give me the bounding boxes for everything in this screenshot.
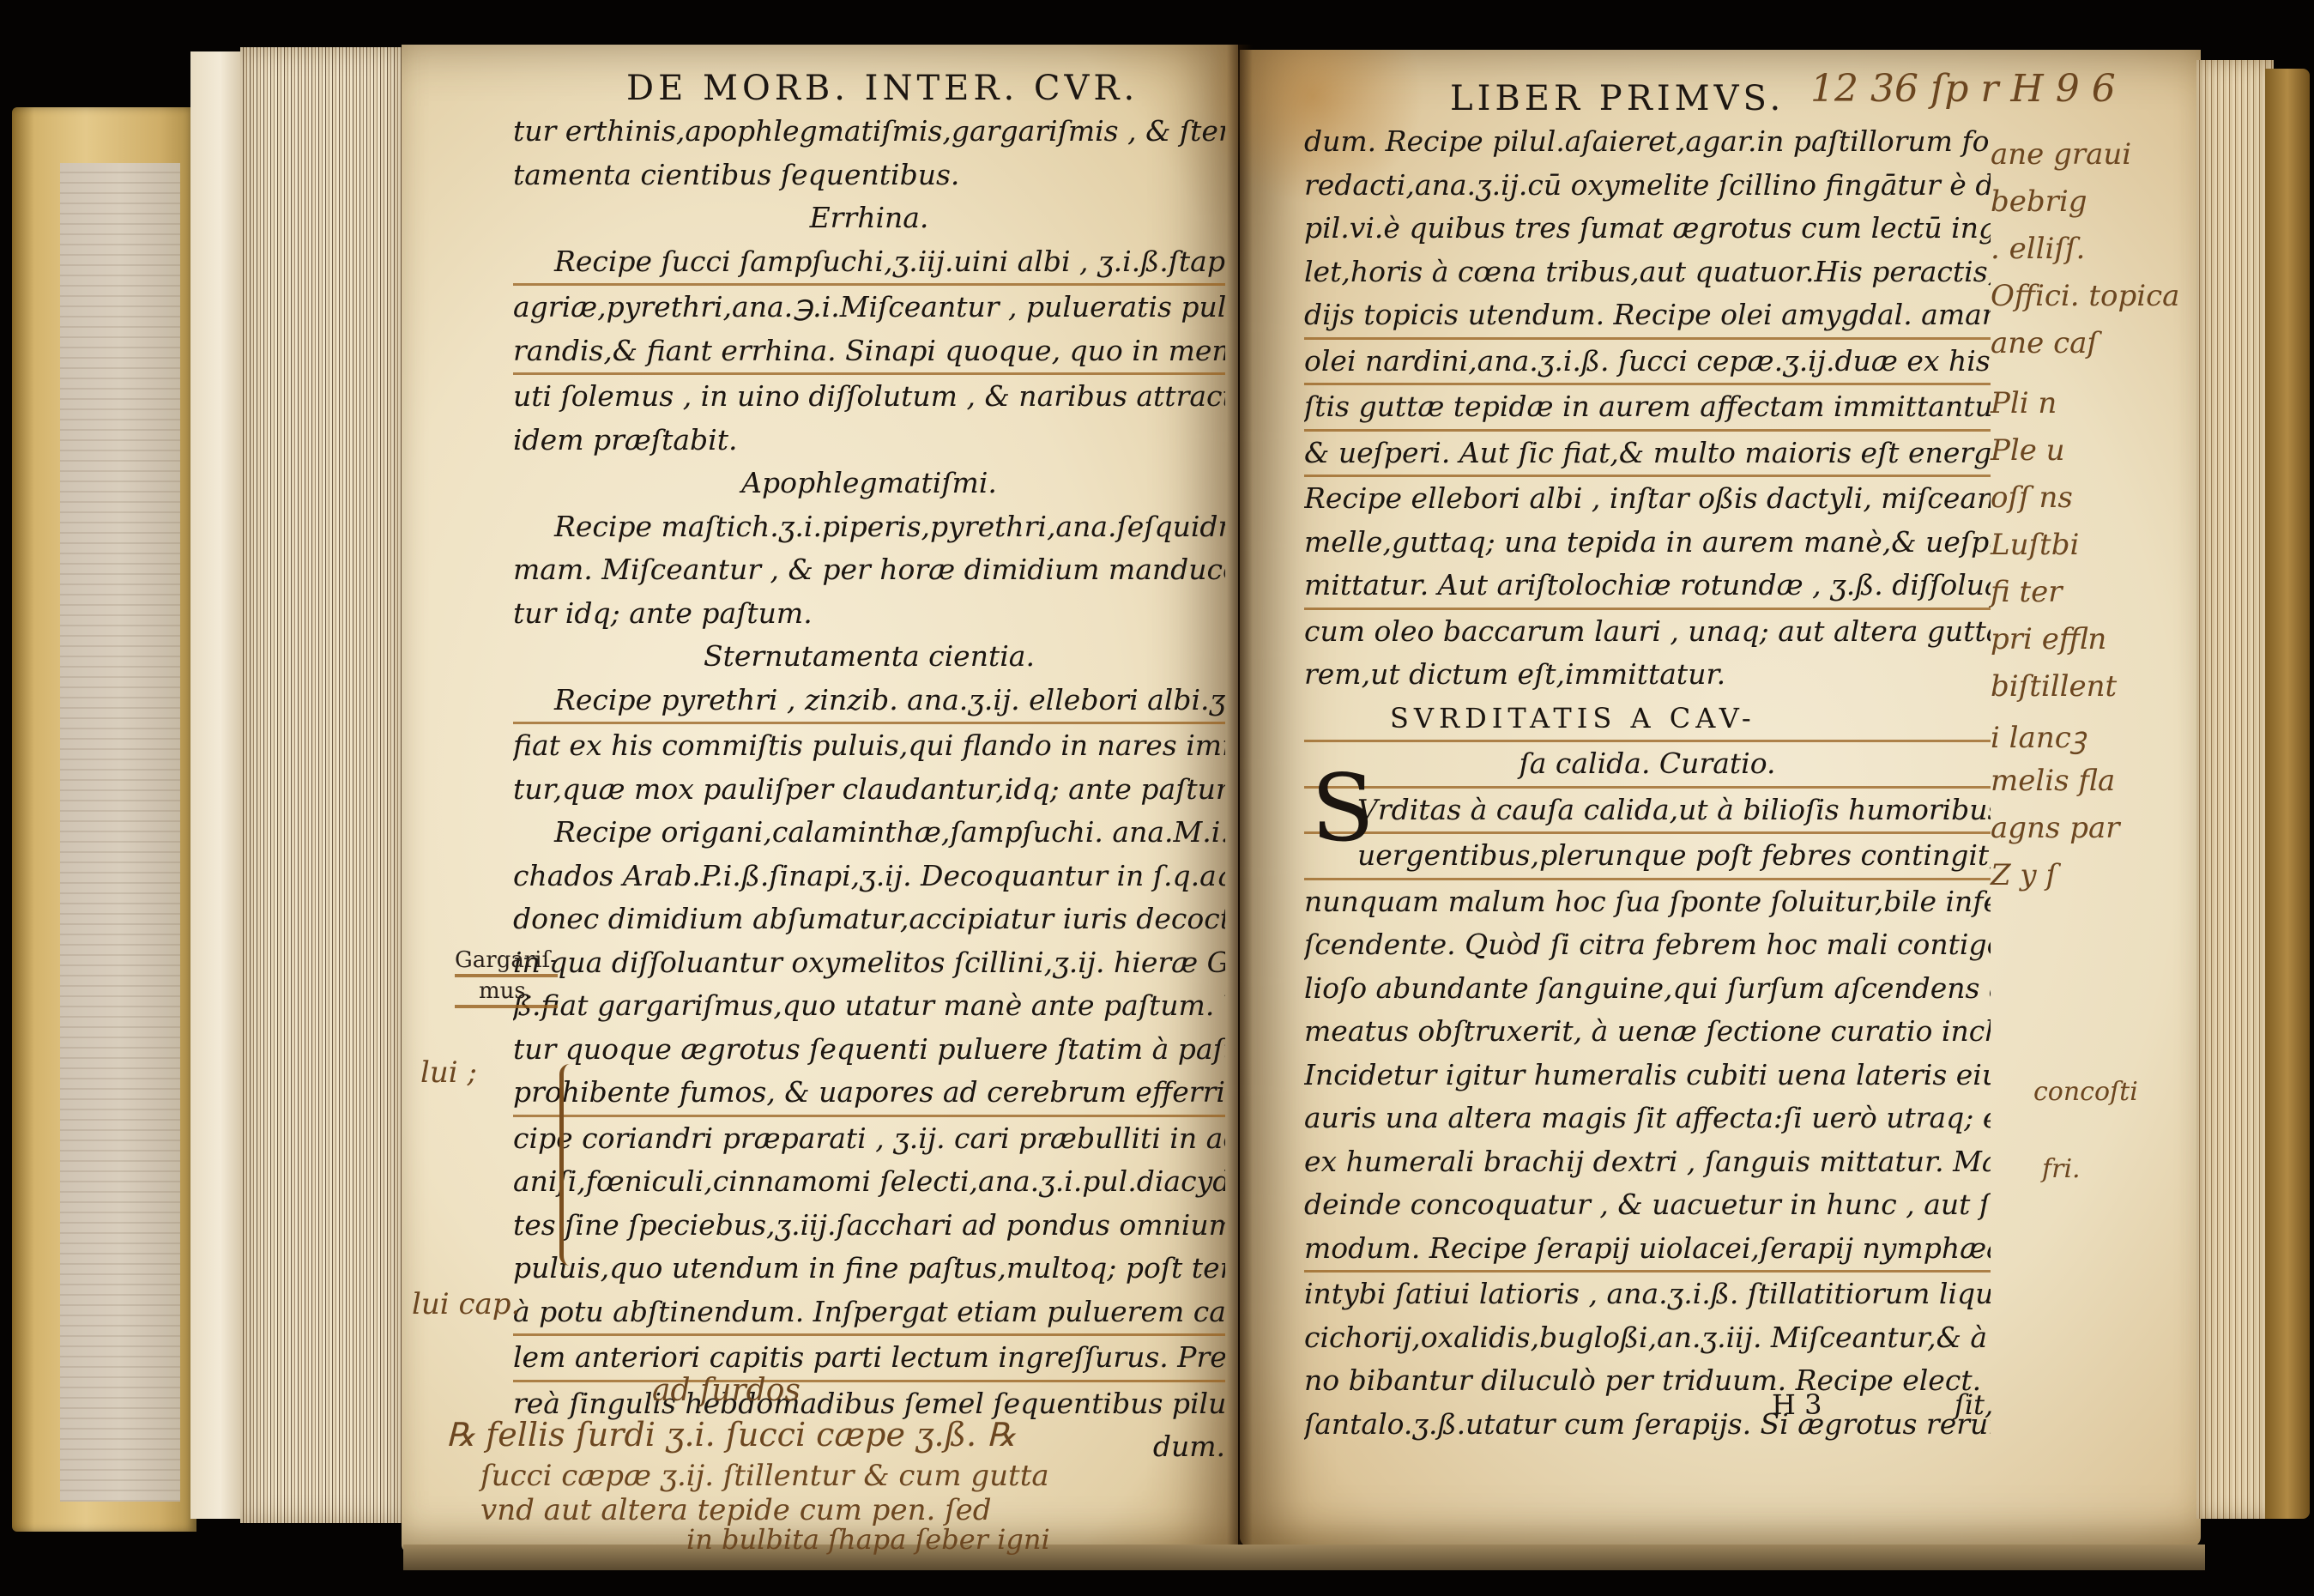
text-line: SVRDITATIS A CAV- [1304,697,1991,743]
text-line: & ueſperi. Aut ſic fiat,& multo maioris … [1304,432,1991,478]
text-line: randis,& fiant errhina. Sinapi quoque, q… [513,329,1225,376]
text-line: meatus obſtruxerit, à uenæ ſectione cura… [1304,1010,1991,1054]
bottom-cover-edge [403,1545,2205,1570]
text-line: auris una altera magis ſit affecta:ſi ue… [1304,1097,1991,1140]
handwritten-margin-line: . elliſſ. [1991,232,2196,279]
handwritten-bottom-line-3: vnd aut altera tepide cum pen. ſed [480,1493,992,1527]
text-line: agriæ,pyrethri,ana.℈.i.Miſceantur , pulu… [513,286,1225,329]
handwritten-margin-line: Offici. topica [1991,279,2196,326]
handwritten-ad-surdos: ad ſurdos [652,1373,801,1408]
text-line: dijs topicis utendum. Recipe olei amygda… [1304,293,1991,340]
text-line: nunquam malum hoc ſua ſponte ſoluitur,bi… [1304,880,1991,924]
catchword: ſit, [1955,1388,1993,1421]
book-gutter [1227,45,1253,1555]
handwritten-margin-line: Pli n [1991,386,2196,433]
text-line: lioſo abundante ſanguine,qui ſurſum aſce… [1304,967,1991,1011]
text-line: deinde concoquatur , & uacuetur in hunc … [1304,1183,1991,1227]
text-line: intybi ſatiui latioris , ana.ʒ.i.ß. ſtil… [1304,1273,1991,1316]
handwritten-margin-line: biſtillent [1991,669,2196,716]
left-flyleaf [190,51,240,1519]
handwritten-bottom-line-2: ſucci cæpæ ʒ.ij. ſtillentur & cum gutta [480,1459,1049,1493]
text-line: tur,quæ mox pauliſper claudantur,idq; an… [513,768,1225,812]
handwritten-margin-line: i lancꝫ [1991,716,2196,764]
text-line: Recipe ellebori albi , inſtar oßis dacty… [1304,477,1991,521]
handwritten-bottom-line-1: ℞ fellis ſurdi ʒ.i. ſucci cæpe ʒ.ß. ℞ [446,1416,1016,1454]
text-line: let,horis à cœna tribus,aut quatuor.His … [1304,251,1991,294]
text-line: pil.vi.è quibus tres ſumat ægrotus cum l… [1304,207,1991,251]
text-line: in qua diſſoluantur oxymelitos ſcillini,… [513,941,1225,985]
right-page-text: dum. Recipe pilul.aſaieret,agar.in paſti… [1304,120,1991,1446]
text-line: no bibantur diluculò per triduum. Recipe… [1304,1359,1991,1403]
handwritten-left-margin-note-1: lui ; [420,1055,477,1090]
text-line: olei nardini,ana.ʒ.i.ß. ſucci cepæ.ʒ.ij.… [1304,340,1991,386]
marginal-note-line2: mus. [455,977,558,1008]
left-page-text: tur erthinis,apophlegmatiſmis,gargariſmi… [513,110,1225,1469]
marginal-note-line1: Gargariſ- [455,946,558,977]
handwritten-margin-line: pri effln [1991,622,2196,669]
left-cover-pastedown-manuscript [60,163,180,1502]
text-line: Apophlegmatiſmi. [513,462,1225,505]
handwritten-right-lower-note-2: fri. [2042,1154,2081,1184]
handwritten-right-margin: ane grauibebrig. elliſſ.Offici. topicaan… [1991,137,2196,905]
text-line: melle,guttaq; una tepida in aurem manè,&… [1304,521,1991,565]
text-line: Recipe ſucci ſampſuchi,ʒ.iij.uini albi ,… [513,240,1225,287]
text-line: rem,ut dictum eſt,immittatur. [1304,653,1991,697]
handwritten-bracket [559,1064,576,1266]
left-running-head: DE MORB. INTER. CVR. [626,69,1139,108]
text-line: ß.fiat gargariſmus,quo utatur manè ante … [513,984,1225,1028]
handwritten-margin-line: Z y ſ [1991,858,2196,905]
text-line: mam. Miſceantur , & per horæ dimidium ma… [513,548,1225,592]
handwritten-margin-line: bebrig [1991,184,2196,232]
text-line: Vrditas à cauſa calida,ut à bilioſis hum… [1304,789,1991,835]
text-line: puluis,quo utendum in fine paſtus,multoq… [513,1247,1225,1291]
text-line: aniſi,fœniculi,cinnamomi ſelecti,ana.ʒ.i… [513,1160,1225,1204]
handwritten-left-margin-note-2: lui cap. [412,1287,520,1321]
signature-mark: H 3 [1772,1388,1822,1421]
text-line: à potu abſtinendum. Inſpergat etiam pulu… [513,1291,1225,1337]
text-line: ſa calida. Curatio. [1304,742,1991,789]
text-line: ſcendente. Quòd ſi citra febrem hoc mali… [1304,923,1991,967]
right-page-stack [2196,60,2274,1519]
handwritten-margin-line: fi ter [1991,575,2196,622]
text-line: tur quoque ægrotus ſequenti puluere ſtat… [513,1028,1225,1072]
handwritten-margin-line: oſſ ns [1991,481,2196,528]
right-running-head: LIBER PRIMVS. [1450,79,1785,118]
text-line: lem anteriori capitis parti lectum ingre… [513,1336,1225,1382]
text-line: cichorij,oxalidis,bugloßi,an.ʒ.iij. Miſc… [1304,1316,1991,1360]
text-line: uti ſolemus , in uino diſſolutum , & nar… [513,375,1225,419]
drop-cap: S [1311,766,1375,852]
text-line: Sternutamenta cientia. [513,635,1225,679]
text-line: modum. Recipe ſerapij uiolacei,ſerapij n… [1304,1227,1991,1273]
text-line: prohibente fumos, & uapores ad cerebrum … [513,1071,1225,1117]
text-line: chados Arab.P.i.ß.ſinapi,ʒ.ij. Decoquant… [513,855,1225,898]
text-line: uergentibus,plerunque poſt febres contin… [1304,834,1991,880]
text-line: tur idq; ante paſtum. [513,592,1225,636]
text-line: tamenta cientibus ſequentibus. [513,154,1225,197]
text-line: ex humerali brachij dextri , ſanguis mit… [1304,1140,1991,1184]
left-page-stack [240,47,403,1523]
text-line: redacti,ana.ʒ.ij.cū oxymelite ſcillino f… [1304,164,1991,208]
text-line: tur erthinis,apophlegmatiſmis,gargariſmi… [513,110,1225,154]
text-line: tes ſine ſpeciebus,ʒ.iij.ſacchari ad pon… [513,1204,1225,1248]
marginal-note-gargarismus: Gargariſ- mus. [455,946,558,1008]
handwritten-right-lower-note-1: concoſti [2033,1077,2138,1107]
text-line: ſantalo.ʒ.ß.utatur cum ſerapijs. Si ægro… [1304,1403,1991,1447]
handwritten-margin-line: Ple u [1991,433,2196,481]
text-line: dum. Recipe pilul.aſaieret,agar.in paſti… [1304,120,1991,164]
handwritten-margin-line: melis fla [1991,764,2196,811]
handwritten-margin-line: ane graui [1991,137,2196,184]
text-line: Errhina. [513,196,1225,240]
text-line: idem præſtabit. [513,419,1225,462]
text-line: cum oleo baccarum lauri , unaq; aut alte… [1304,610,1991,654]
text-line: fiat ex his commiſtis puluis,qui flando … [513,724,1225,768]
text-line: Incidetur igitur humeralis cubiti uena l… [1304,1054,1991,1097]
text-line: donec dimidium abſumatur,accipiatur iuri… [513,898,1225,941]
handwritten-bottom-line-4: in bulbita ſhapa ſeber igni [686,1523,1050,1556]
text-line: Recipe pyrethri , zinzib. ana.ʒ.ij. elle… [513,679,1225,725]
handwritten-margin-line: Luſtbi [1991,528,2196,575]
handwritten-margin-line: ane caſ [1991,326,2196,386]
text-line: mittatur. Aut ariſtolochiæ rotundæ , ʒ.ß… [1304,564,1991,610]
text-line: Recipe maſtich.ʒ.i.piperis,pyrethri,ana.… [513,505,1225,549]
text-line: Recipe origani,calaminthæ,ſampſuchi. ana… [513,811,1225,855]
text-line: ſtis guttæ tepidæ in aurem affectam immi… [1304,385,1991,432]
handwritten-top-note: 12 36 ſp r H 9 6 [1810,67,2116,111]
handwritten-margin-line: agns par [1991,811,2196,858]
text-line: cipe coriandri præparati , ʒ.ij. cari pr… [513,1117,1225,1161]
right-vellum-cover [2265,69,2310,1519]
